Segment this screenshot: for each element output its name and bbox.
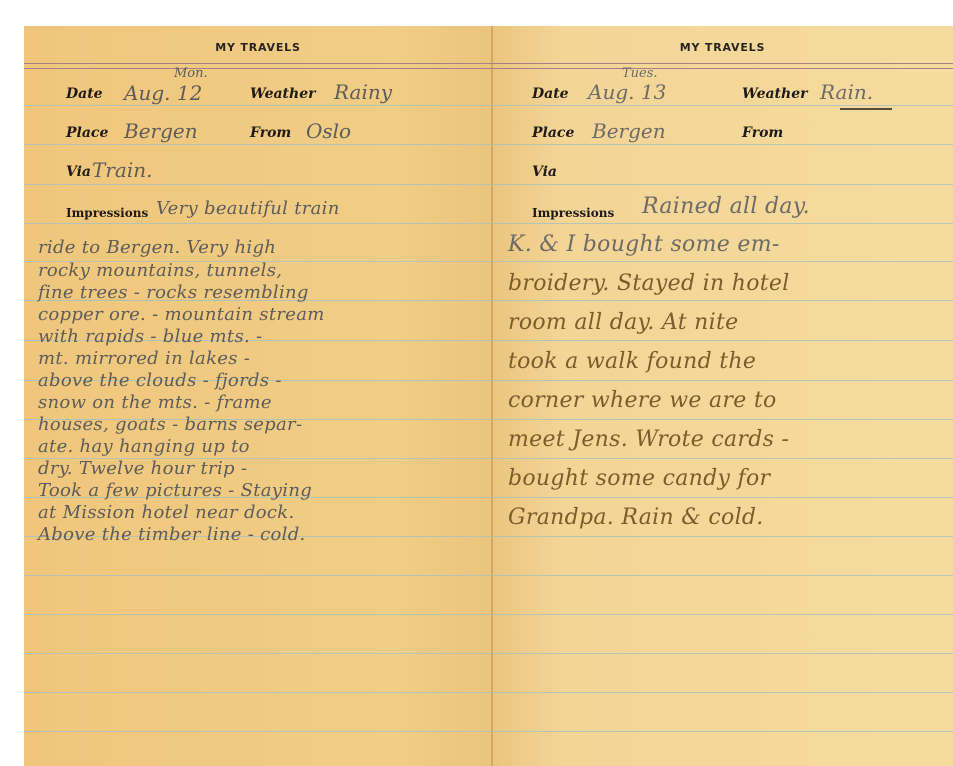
ruled-line <box>492 223 953 224</box>
place-label: Place <box>532 125 574 141</box>
page-header: MY TRAVELS <box>492 41 953 54</box>
ruled-line <box>492 692 953 693</box>
weather-label: Weather <box>742 86 808 102</box>
impressions-line: dry. Twelve hour trip - <box>38 458 247 479</box>
impressions-line: ride to Bergen. Very high <box>38 237 276 258</box>
impressions-line: at Mission hotel near dock. <box>38 502 295 523</box>
ruled-line <box>492 144 953 145</box>
ruled-line <box>24 692 492 693</box>
ruled-line <box>492 300 953 301</box>
ruled-line <box>492 380 953 381</box>
impressions-line: Rained all day. <box>642 194 810 219</box>
ruled-line <box>492 105 953 106</box>
place-label: Place <box>66 125 108 141</box>
place-value: Bergen <box>124 119 198 143</box>
impressions-line: corner where we are to <box>508 388 777 413</box>
impressions-line: ate. hay hanging up to <box>38 436 250 457</box>
header-double-rule <box>492 63 953 69</box>
ruled-line <box>492 184 953 185</box>
from-label: From <box>250 125 291 141</box>
weather-label: Weather <box>250 86 316 102</box>
ruled-line <box>24 731 492 732</box>
right-page: MY TRAVELS Date Weather Place From Via I… <box>492 26 953 766</box>
ruled-line <box>492 575 953 576</box>
from-label: From <box>742 125 783 141</box>
via-label: Via <box>66 164 91 180</box>
ruled-line <box>24 223 492 224</box>
ruled-line <box>492 497 953 498</box>
impressions-label: Impressions <box>532 206 614 220</box>
impressions-line: with rapids - blue mts. - <box>38 326 262 347</box>
impressions-line: meet Jens. Wrote cards - <box>508 427 789 452</box>
ruled-line <box>24 653 492 654</box>
weather-value: Rain. <box>820 80 873 104</box>
impressions-line: Very beautiful train <box>156 198 340 219</box>
ruled-line <box>492 653 953 654</box>
diary-spread: MY TRAVELS Date Weather Place From Via I… <box>24 26 953 766</box>
ruled-line <box>24 184 492 185</box>
weather-underline <box>840 108 892 110</box>
date-value: Aug. 13 <box>588 80 666 104</box>
impressions-line: Above the timber line - cold. <box>38 524 306 545</box>
weather-value: Rainy <box>334 80 392 104</box>
ruled-line <box>492 731 953 732</box>
impressions-line: mt. mirrored in lakes - <box>38 348 250 369</box>
ruled-line <box>492 419 953 420</box>
impressions-line: snow on the mts. - frame <box>38 392 272 413</box>
page-header: MY TRAVELS <box>24 41 492 54</box>
ruled-line <box>24 105 492 106</box>
ruled-line <box>24 614 492 615</box>
ruled-line <box>492 340 953 341</box>
ruled-line <box>492 614 953 615</box>
ruled-line <box>492 261 953 262</box>
ruled-line <box>492 458 953 459</box>
from-value: Oslo <box>306 119 351 143</box>
day-value: Mon. <box>174 66 208 81</box>
ruled-line <box>492 536 953 537</box>
left-page: MY TRAVELS Date Weather Place From Via I… <box>24 26 492 766</box>
impressions-line: took a walk found the <box>508 349 756 374</box>
impressions-line: rocky mountains, tunnels, <box>38 260 282 281</box>
place-value: Bergen <box>592 119 666 143</box>
impressions-line: above the clouds - fjords - <box>38 370 282 391</box>
impressions-line: broidery. Stayed in hotel <box>508 271 790 296</box>
impressions-line: K. & I bought some em- <box>508 232 780 257</box>
ruled-line <box>24 575 492 576</box>
impressions-line: bought some candy for <box>508 466 770 491</box>
ruled-line <box>24 144 492 145</box>
impressions-line: fine trees - rocks resembling <box>38 282 309 303</box>
impressions-line: Took a few pictures - Staying <box>38 480 312 501</box>
impressions-label: Impressions <box>66 206 148 220</box>
date-label: Date <box>532 86 569 102</box>
impressions-line: houses, goats - barns separ- <box>38 414 302 435</box>
date-value: Aug. 12 <box>124 81 202 105</box>
header-double-rule <box>24 63 492 69</box>
via-label: Via <box>532 164 557 180</box>
impressions-line: room all day. At nite <box>508 310 738 335</box>
impressions-line: Grandpa. Rain & cold. <box>508 505 764 530</box>
date-label: Date <box>66 86 103 102</box>
via-value: Train. <box>92 158 152 182</box>
day-value: Tues. <box>622 66 658 81</box>
impressions-line: copper ore. - mountain stream <box>38 304 325 325</box>
